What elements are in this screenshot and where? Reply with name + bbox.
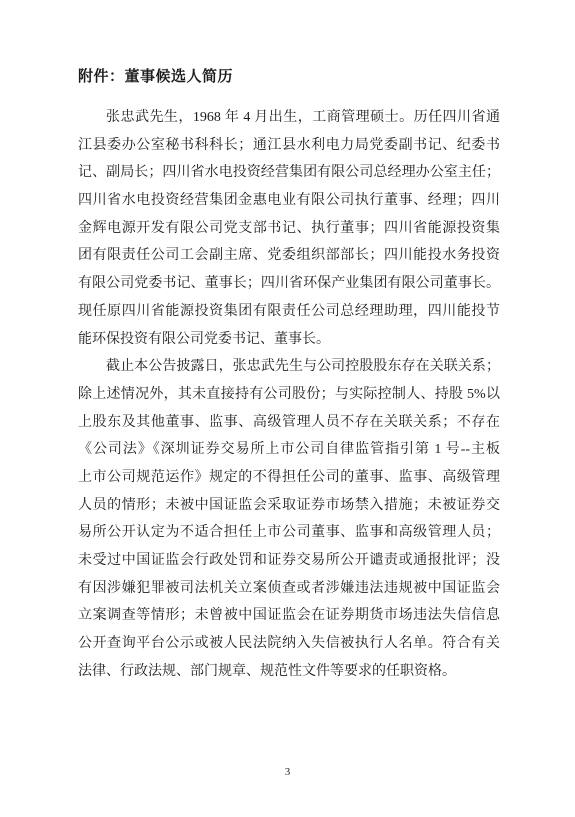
text-line: 除上述情况外，其未直接持有公司股份；与实际控制人、持股 5%以 <box>78 381 500 409</box>
text-line: 能环保投资有限公司党委书记、董事长。 <box>78 326 500 354</box>
attachment-heading: 附件：董事候选人简历 <box>78 69 500 85</box>
text-line: 公开查询平台公示或被人民法院纳入失信被执行人名单。符合有关 <box>78 630 500 658</box>
text-line: 上市公司规范运作》规定的不得担任公司的董事、监事、高级管理 <box>78 464 500 492</box>
text-line: 《公司法》《深圳证券交易所上市公司自律监管指引第 1 号--主板 <box>78 436 500 464</box>
text-line: 法律、行政法规、部门规章、规范性文件等要求的任职资格。 <box>78 658 500 686</box>
text-line: 有限公司党委书记、董事长；四川省环保产业集团有限公司董事长。 <box>78 270 500 298</box>
page-number: 3 <box>0 765 575 779</box>
text-line: 上股东及其他董事、监事、高级管理人员不存在关联关系；不存在 <box>78 409 500 437</box>
text-line: 金辉电源开发有限公司党支部书记、执行董事；四川省能源投资集 <box>78 215 500 243</box>
text-line: 张忠武先生，1968 年 4 月出生，工商管理硕士。历任四川省通 <box>78 104 500 132</box>
text-line: 团有限责任公司工会副主席、党委组织部部长；四川能投水务投资 <box>78 242 500 270</box>
text-line: 江县委办公室秘书科科长；通江县水利电力局党委副书记、纪委书 <box>78 132 500 160</box>
document-page: 附件：董事候选人简历 张忠武先生，1968 年 4 月出生，工商管理硕士。历任四… <box>0 0 575 817</box>
text-line: 未受过中国证监会行政处罚和证券交易所公开谴责或通报批评；没 <box>78 547 500 575</box>
text-line: 现任原四川省能源投资集团有限责任公司总经理助理，四川能投节 <box>78 298 500 326</box>
text-line: 易所公开认定为不适合担任上市公司董事、监事和高级管理人员； <box>78 519 500 547</box>
text-line: 四川省水电投资经营集团金惠电业有限公司执行董事、经理；四川 <box>78 187 500 215</box>
text-line: 截止本公告披露日，张忠武先生与公司控股股东存在关联关系； <box>78 353 500 381</box>
text-line: 记、副局长；四川省水电投资经营集团有限公司总经理办公室主任； <box>78 159 500 187</box>
document-body: 附件：董事候选人简历 张忠武先生，1968 年 4 月出生，工商管理硕士。历任四… <box>78 69 500 685</box>
paragraph-biography: 张忠武先生，1968 年 4 月出生，工商管理硕士。历任四川省通 江县委办公室秘… <box>78 104 500 353</box>
text-line: 有因涉嫌犯罪被司法机关立案侦查或者涉嫌违法违规被中国证监会 <box>78 575 500 603</box>
text-line: 立案调查等情形；未曾被中国证监会在证券期货市场违法失信信息 <box>78 602 500 630</box>
text-line: 人员的情形；未被中国证监会采取证券市场禁入措施；未被证券交 <box>78 492 500 520</box>
paragraph-compliance: 截止本公告披露日，张忠武先生与公司控股股东存在关联关系； 除上述情况外，其未直接… <box>78 353 500 685</box>
